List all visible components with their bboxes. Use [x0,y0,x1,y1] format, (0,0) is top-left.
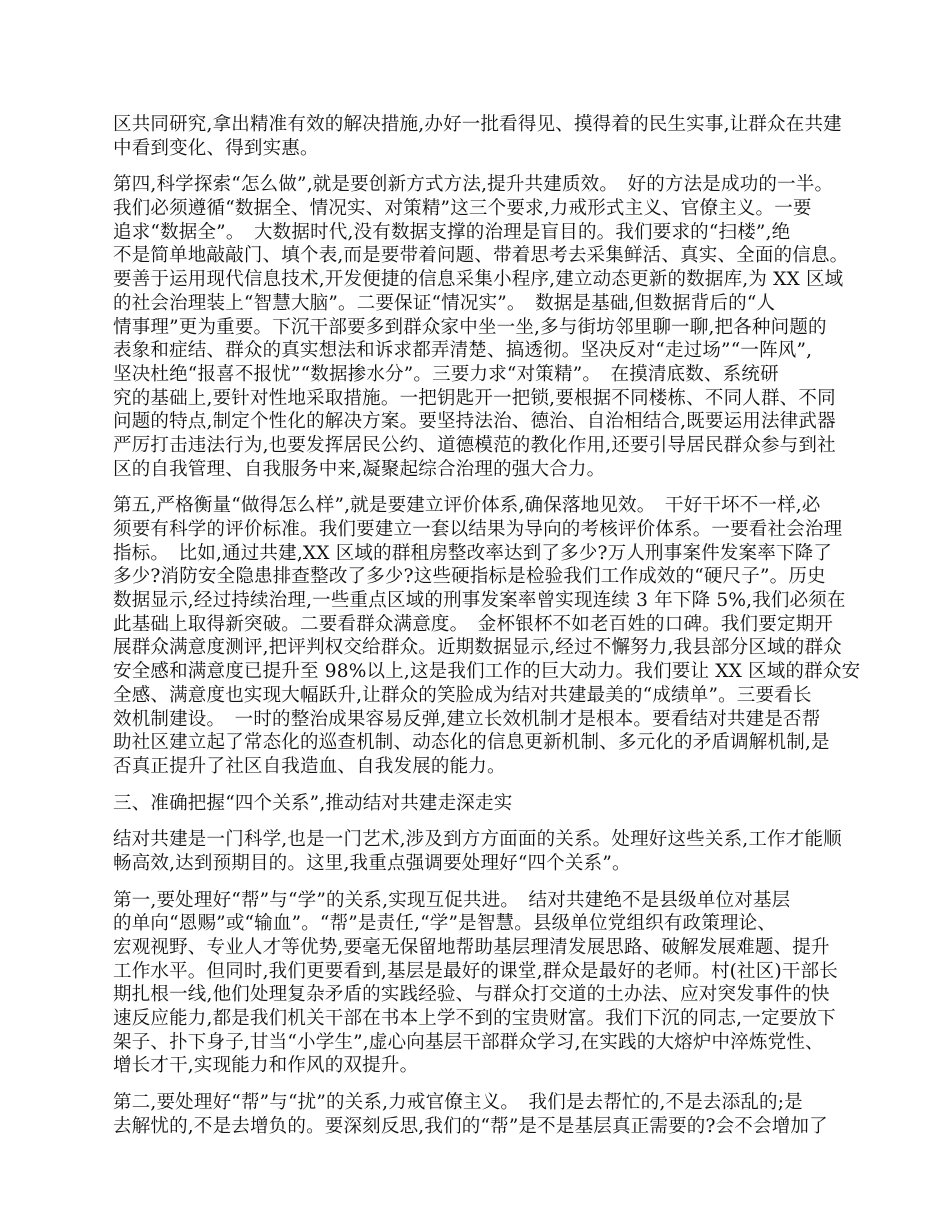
text-line: 须要有科学的评价标准。我们要建立一套以结果为导向的考核评价体系。一要看社会治理 [113,518,843,542]
text-line: 追求“数据全”。 大数据时代,没有数据支撑的治理是盲目的。我们要求的“扫楼”,绝 [113,221,843,245]
text-line: 问题的特点,制定个性化的解决方案。要坚持法治、德治、自治相结合,既要运用法律武器 [113,410,843,434]
text-line: 我们必须遵循“数据全、情况实、对策精”这三个要求,力戒形式主义、官僚主义。一要 [113,197,843,221]
text-line: 究的基础上,要针对性地采取措施。一把钥匙开一把锁,要根据不同楼栋、不同人群、不同 [113,387,843,411]
text-line: 不是简单地敲敲门、填个表,而是要带着问题、带着思考去采集鲜活、真实、全面的信息。 [113,244,843,268]
text-line: 结对共建是一门科学,也是一门艺术,涉及到方方面面的关系。处理好这些关系,工作才能… [113,828,843,852]
paragraph-intro-four-relations: 结对共建是一门科学,也是一门艺术,涉及到方方面面的关系。处理好这些关系,工作才能… [113,828,843,875]
text-line: 助社区建立起了常态化的巡查机制、动态化的信息更新机制、多元化的矛盾调解机制,是 [113,731,843,755]
section-heading: 三、准确把握“四个关系”,推动结对共建走深走实 [113,792,843,816]
text-line: 全感、满意度也实现大幅跃升,让群众的笑脸成为结对共建最美的“成绩单”。三要看长 [113,684,843,708]
document-page: 区共同研究,拿出精准有效的解决措施,办好一批看得见、摸得着的民生实事,让群众在共… [113,113,843,1152]
text-line: 工作水平。但同时,我们更要看到,基层是最好的课堂,群众是最好的老师。村(社区)干… [113,960,843,984]
text-line: 此基础上取得新突破。二要看群众满意度。 金杯银杯不如老百姓的口碑。我们要定期开 [113,613,843,637]
heading-line: 三、准确把握“四个关系”,推动结对共建走深走实 [113,792,843,816]
text-line: 要善于运用现代信息技术,开发便捷的信息采集小程序,建立动态更新的数据库,为 XX… [113,268,843,292]
text-line: 第二,要处理好“帮”与“扰”的关系,力戒官僚主义。 我们是去帮忙的,不是去添乱的… [113,1091,843,1115]
text-line: 架子、扑下身子,甘当“小学生”,虚心向基层干部群众学习,在实践的大熔炉中淬炼党性… [113,1031,843,1055]
text-line: 展群众满意度测评,把评判权交给群众。近期数据显示,经过不懈努力,我县部分区域的群… [113,636,843,660]
paragraph-first-relation: 第一,要处理好“帮”与“学”的关系,实现互促共进。 结对共建绝不是县级单位对基层… [113,889,843,1079]
text-line: 数据显示,经过持续治理,一些重点区域的刑事发案率曾实现连续 3 年下降 5%,我… [113,589,843,613]
text-line: 第四,科学探索“怎么做”,就是要创新方式方法,提升共建质效。 好的方法是成功的一… [113,173,843,197]
text-line: 区的自我管理、自我服务中来,凝聚起综合治理的强大合力。 [113,458,843,482]
text-line: 去解忧的,不是去增负的。要深刻反思,我们的“帮”是不是基层真正需要的?会不会增加… [113,1115,843,1139]
text-line: 表象和症结、群众的真实想法和诉求都弄清楚、搞透彻。坚决反对“走过场”“一阵风”, [113,339,843,363]
text-line: 多少?消防安全隐患排查整改了多少?这些硬指标是检验我们工作成效的“硬尺子”。历史 [113,565,843,589]
text-line: 畅高效,达到预期目的。这里,我重点强调要处理好“四个关系”。 [113,852,843,876]
text-line: 期扎根一线,他们处理复杂矛盾的实践经验、与群众打交道的土办法、应对突发事件的快 [113,983,843,1007]
text-line: 宏观视野、专业人才等优势,要毫无保留地帮助基层理清发展思路、破解发展难题、提升 [113,936,843,960]
text-line: 增长才干,实现能力和作风的双提升。 [113,1054,843,1078]
text-line: 第一,要处理好“帮”与“学”的关系,实现互促共进。 结对共建绝不是县级单位对基层 [113,889,843,913]
text-line: 否真正提升了社区自我造血、自我发展的能力。 [113,755,843,779]
text-line: 效机制建设。 一时的整治成果容易反弹,建立长效机制才是根本。要看结对共建是否帮 [113,708,843,732]
paragraph-continuation: 区共同研究,拿出精准有效的解决措施,办好一批看得见、摸得着的民生实事,让群众在共… [113,113,843,160]
text-line: 安全感和满意度已提升至 98%以上,这是我们工作的巨大动力。我们要让 XX 区域… [113,660,843,684]
text-line: 第五,严格衡量“做得怎么样”,就是要建立评价体系,确保落地见效。 干好干坏不一样… [113,494,843,518]
text-line: 区共同研究,拿出精准有效的解决措施,办好一批看得见、摸得着的民生实事,让群众在共… [113,113,843,137]
paragraph-second-relation: 第二,要处理好“帮”与“扰”的关系,力戒官僚主义。 我们是去帮忙的,不是去添乱的… [113,1091,843,1138]
text-line: 的单向“恩赐”或“输血”。“帮”是责任,“学”是智慧。县级单位党组织有政策理论、 [113,912,843,936]
text-line: 严厉打击违法行为,也要发挥居民公约、道德模范的教化作用,还要引导居民群众参与到社 [113,434,843,458]
text-line: 速反应能力,都是我们机关干部在书本上学不到的宝贵财富。我们下沉的同志,一定要放下 [113,1007,843,1031]
text-line: 中看到变化、得到实惠。 [113,137,843,161]
paragraph-fifth-point: 第五,严格衡量“做得怎么样”,就是要建立评价体系,确保落地见效。 干好干坏不一样… [113,494,843,778]
text-line: 情事理”更为重要。下沉干部要多到群众家中坐一坐,多与街坊邻里聊一聊,把各种问题的 [113,316,843,340]
text-line: 指标。 比如,通过共建,XX 区域的群租房整改率达到了多少?万人刑事案件发案率下… [113,542,843,566]
text-line: 坚决杜绝“报喜不报忧”“数据掺水分”。三要力求“对策精”。 在摸清底数、系统研 [113,363,843,387]
paragraph-fourth-point: 第四,科学探索“怎么做”,就是要创新方式方法,提升共建质效。 好的方法是成功的一… [113,173,843,481]
text-line: 的社会治理装上“智慧大脑”。二要保证“情况实”。 数据是基础,但数据背后的“人 [113,292,843,316]
